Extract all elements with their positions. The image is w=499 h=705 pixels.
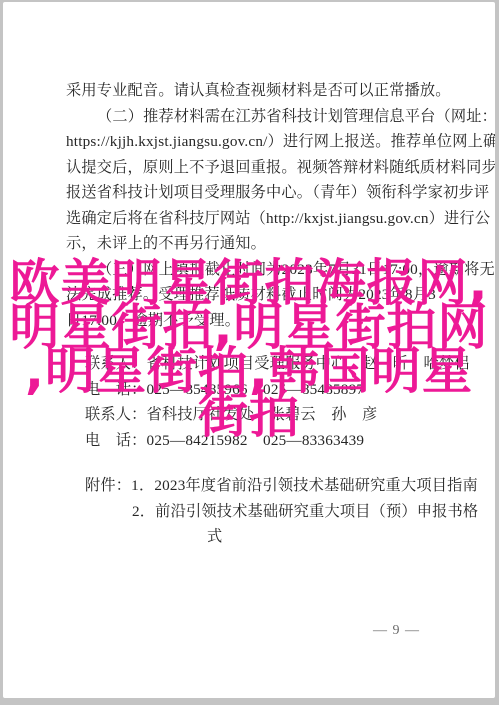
doc-line: 认提交后，原则上不予退回重报。视频答辩材料随纸质材料同步 bbox=[66, 155, 444, 181]
attachment-line: 式 bbox=[85, 524, 478, 550]
doc-line: 示，未评上的不再另行通知。 bbox=[66, 231, 444, 257]
document-page: 采用专业配音。请认真检查视频材料是否可以正常播放。 （二）推荐材料需在江苏省科技… bbox=[3, 2, 495, 698]
doc-line: （二）推荐材料需在江苏省科技计划管理信息平台（网址： bbox=[66, 104, 444, 130]
page-number: — 9 — bbox=[373, 623, 420, 639]
doc-line: https://kjjh.kxjst.jiangsu.gov.cn/）进行网上报… bbox=[66, 129, 444, 155]
doc-line: 采用专业配音。请认真检查视频材料是否可以正常播放。 bbox=[66, 78, 444, 104]
document-body: 采用专业配音。请认真检查视频材料是否可以正常播放。 （二）推荐材料需在江苏省科技… bbox=[66, 78, 444, 333]
contact-phone-line: 电 话：025—85485966 025—85485897 bbox=[85, 377, 470, 403]
doc-line: 法完成推荐。受理推荐纸质材料截止时间为2023年8月3 bbox=[66, 282, 444, 308]
doc-line: （三）网上填报截止时间为2023年7月31日17:00，逾期将无 bbox=[66, 257, 444, 283]
contact-line: 联系人：省科技计划项目受理服务中心 赵 昕 哈梦侣 bbox=[85, 351, 470, 377]
attachment-line: 附件：1．2023年度省前沿引领技术基础研究重大项目指南 bbox=[85, 473, 478, 499]
doc-line: 报送省科技计划项目受理服务中心。（青年）领衔科学家初步评 bbox=[66, 180, 444, 206]
attachment-block: 附件：1．2023年度省前沿引领技术基础研究重大项目指南 2．前沿引领技术基础研… bbox=[85, 473, 478, 550]
doc-line: 日17:00，逾期不予受理。 bbox=[66, 308, 444, 334]
attachment-line: 2．前沿引领技术基础研究重大项目（预）申报书格 bbox=[85, 499, 478, 525]
doc-line: 选确定后将在省科技厅网站（http://kxjst.jiangsu.gov.cn… bbox=[66, 206, 444, 232]
contact-line: 联系人：省科技厅社发处 张碧云 孙 彦 bbox=[85, 402, 470, 428]
contact-block: 联系人：省科技计划项目受理服务中心 赵 昕 哈梦侣 电 话：025—854859… bbox=[85, 351, 470, 453]
document-canvas: 采用专业配音。请认真检查视频材料是否可以正常播放。 （二）推荐材料需在江苏省科技… bbox=[0, 0, 499, 705]
contact-phone-line: 电 话：025—84215982 025—83363439 bbox=[85, 428, 470, 454]
